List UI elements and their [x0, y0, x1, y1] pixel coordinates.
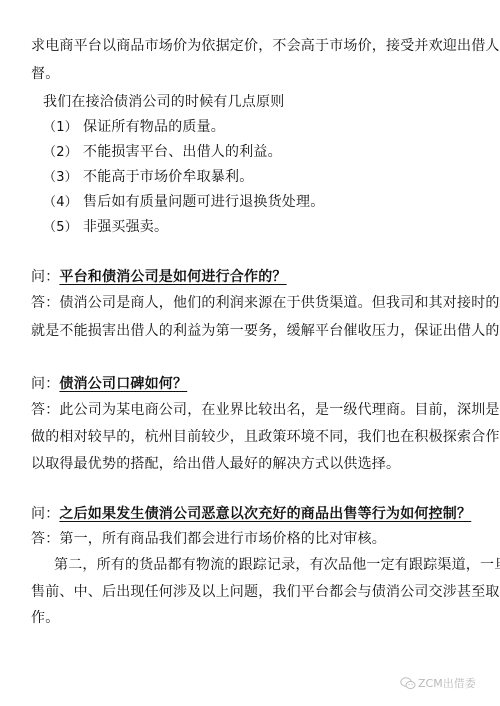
intro-line-2: 督。: [31, 65, 59, 83]
principle-item: （5）非强买强卖。: [43, 218, 168, 237]
principle-number: （5）: [43, 219, 83, 237]
question-text: 平台和债消公司是如何进行合作的？: [59, 269, 286, 285]
answer-1-line-1: 答：债消公司是商人，他们的利润来源在于供货渠道。但我司和其对接时的要点: [31, 294, 471, 312]
answer-3-line-1: 答：第一，所有商品我们都会进行市场价格的比对审核。: [31, 530, 386, 548]
question-label: 问：: [31, 376, 59, 392]
wechat-icon: [400, 677, 416, 690]
principle-text: 不能损害平台、出借人的利益。: [83, 144, 282, 160]
principle-item: （2）不能损害平台、出借人的利益。: [43, 143, 282, 162]
question-2: 问：债消公司口碑如何？: [31, 375, 187, 393]
question-1: 问：平台和债消公司是如何进行合作的？: [31, 268, 287, 286]
question-text: 之后如果发生债消公司恶意以次充好的商品出售等行为如何控制？: [59, 506, 471, 522]
principle-number: （4）: [43, 194, 83, 212]
principle-number: （1）: [43, 119, 83, 137]
answer-2-line-2: 做的相对较早的，杭州目前较少，且政策环境不同，我们也在积极探索合作模式，: [31, 428, 471, 446]
answer-1-line-2: 就是不能损害出借人的利益为第一要务，缓解平台催收压力，保证出借人的利益。: [31, 322, 471, 340]
principles-heading: 我们在接洽债消公司的时候有几点原则: [43, 93, 284, 111]
principle-item: （4）售后如有质量问题可进行退换货处理。: [43, 193, 324, 212]
question-text: 债消公司口碑如何？: [59, 376, 187, 392]
watermark-text: ZCM出借委: [418, 675, 476, 691]
principle-item: （3）不能高于市场价牟取暴利。: [43, 168, 253, 187]
answer-3-line-2: 第二，所有的货品都有物流的跟踪记录，有次品他一定有跟踪渠道，一旦在: [54, 556, 471, 574]
question-3: 问：之后如果发生债消公司恶意以次充好的商品出售等行为如何控制？: [31, 505, 471, 523]
document-page: 求电商平台以商品市场价为依据定价，不会高于市场价，接受并欢迎出借人的监 督。 我…: [0, 0, 500, 706]
principle-number: （3）: [43, 169, 83, 187]
principle-text: 保证所有物品的质量。: [83, 119, 225, 135]
answer-3-line-3: 售前、中、后出现任何涉及以上问题，我们平台都会与债消公司交涉甚至取消合: [31, 583, 471, 601]
question-label: 问：: [31, 506, 59, 522]
principle-text: 非强买强卖。: [83, 219, 168, 235]
watermark: ZCM出借委: [400, 675, 476, 691]
principle-number: （2）: [43, 144, 83, 162]
question-label: 问：: [31, 269, 59, 285]
principle-text: 不能高于市场价牟取暴利。: [83, 169, 253, 185]
answer-3-line-4: 作。: [31, 609, 59, 627]
principle-text: 售后如有质量问题可进行退换货处理。: [83, 194, 324, 210]
answer-2-line-1: 答：此公司为某电商公司，在业界比较出名，是一级代理商。目前，深圳是债消: [31, 401, 471, 419]
intro-line-1: 求电商平台以商品市场价为依据定价，不会高于市场价，接受并欢迎出借人的监: [31, 37, 471, 55]
principle-item: （1）保证所有物品的质量。: [43, 118, 225, 137]
answer-2-line-3: 以取得最优势的搭配，给出借人最好的解决方式以供选择。: [31, 455, 400, 473]
